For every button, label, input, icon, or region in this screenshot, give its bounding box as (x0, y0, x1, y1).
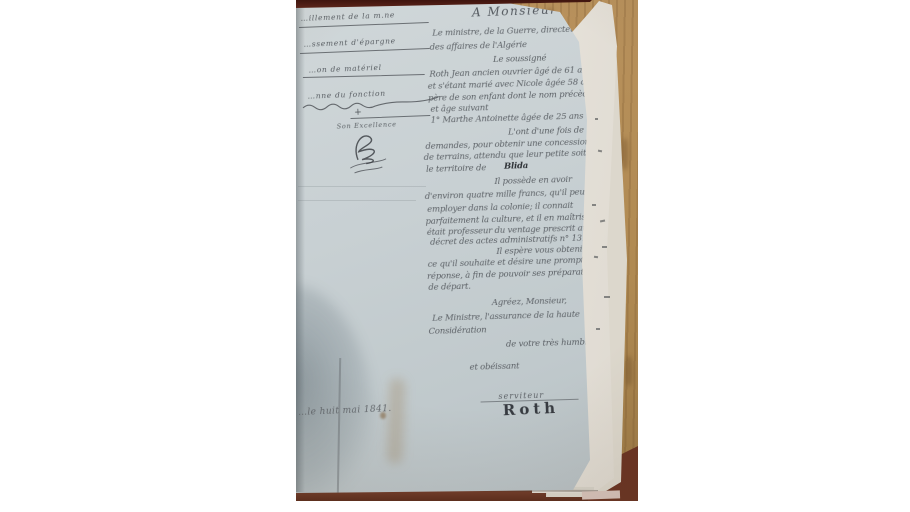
letter-photograph: A Monsieur …illement de la m.ne …ssement… (296, 0, 638, 501)
page: A Monsieur …illement de la m.ne …ssement… (0, 0, 910, 512)
photo-vignette (296, 0, 638, 501)
